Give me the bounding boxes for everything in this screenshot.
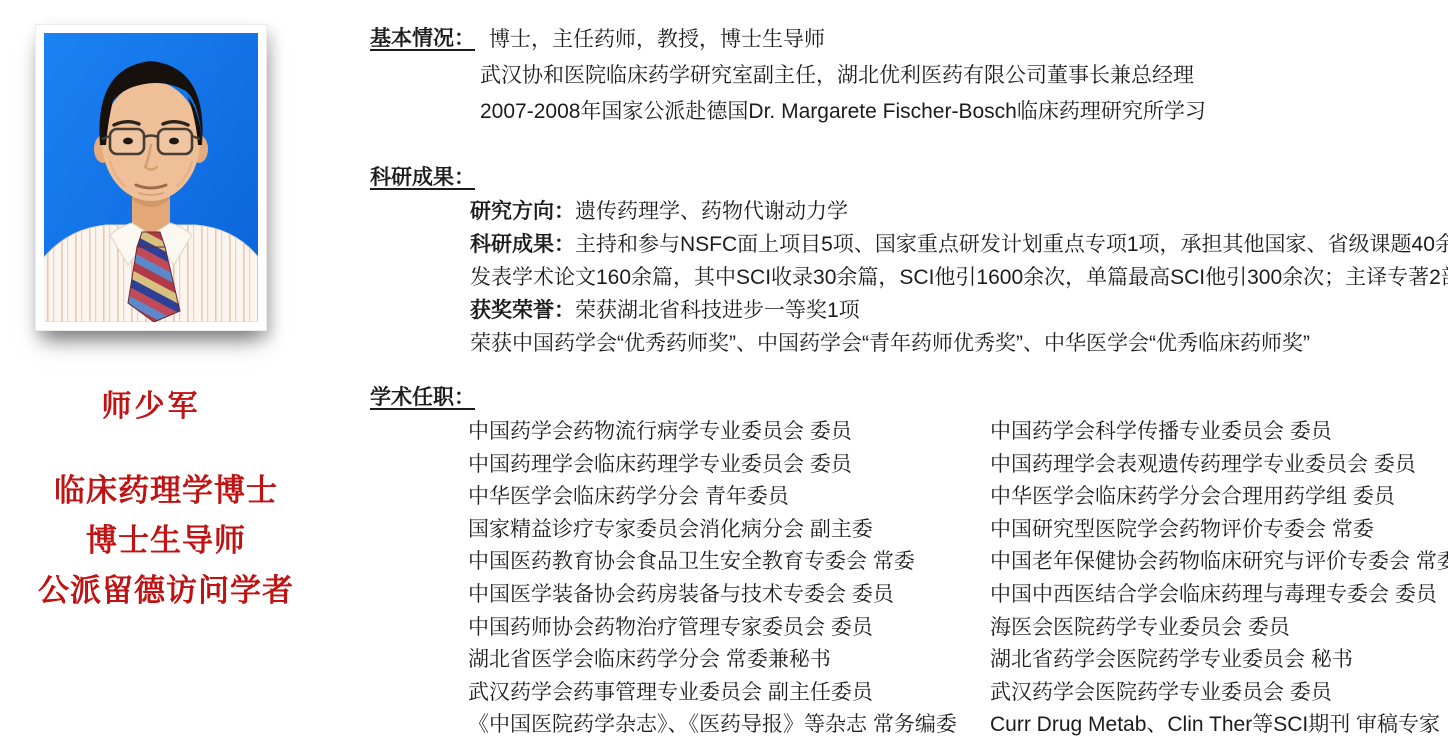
- section-research: 科研成果： 研究方向：遗传药理学、药物代谢动力学 科研成果：主持和参与NSFC面…: [370, 161, 1442, 360]
- positions-row: 中华医学会临床药学分会 青年委员中华医学会临床药学分会合理用药学组 委员: [468, 481, 1442, 514]
- position-left: 湖北省医学会临床药学分会 常委兼秘书: [468, 644, 990, 677]
- position-right: Curr Drug Metab、Clin Ther等SCI期刊 审稿专家: [990, 709, 1442, 736]
- positions-row: 武汉药学会药事管理专业委员会 副主任委员武汉药学会医院药学专业委员会 委员: [468, 677, 1442, 710]
- positions-row: 《中国医院药学杂志》、《医药导报》等杂志 常务编委Curr Drug Metab…: [468, 709, 1442, 736]
- positions-list: 中国药学会药物流行病学专业委员会 委员中国药学会科学传播专业委员会 委员 中国药…: [370, 416, 1442, 736]
- basic-info-line: 基本情况： 博士，主任药师，教授，博士生导师: [370, 22, 1442, 58]
- position-left: 中国医药教育协会食品卫生安全教育专委会 常委: [468, 546, 990, 579]
- position-right: 中国研究型医院学会药物评价专委会 常委: [990, 514, 1442, 547]
- position-right: 武汉药学会医院药学专业委员会 委员: [990, 677, 1442, 710]
- position-right: 中国老年保健协会药物临床研究与评价专委会 常委: [990, 546, 1448, 579]
- positions-row: 中国药学会药物流行病学专业委员会 委员中国药学会科学传播专业委员会 委员: [468, 416, 1442, 449]
- positions-row: 中国医学装备协会药房装备与技术专委会 委员中国中西医结合学会临床药理与毒理专委会…: [468, 579, 1442, 612]
- position-left: 中国药学会药物流行病学专业委员会 委员: [468, 416, 990, 449]
- person-title-supervisor: 博士生导师: [0, 516, 332, 566]
- position-left: 中华医学会临床药学分会 青年委员: [468, 481, 990, 514]
- position-left: 国家精益诊疗专家委员会消化病分会 副主委: [468, 514, 990, 547]
- section-positions: 学术任职： 中国药学会药物流行病学专业委员会 委员中国药学会科学传播专业委员会 …: [370, 381, 1442, 736]
- position-right: 湖北省药学会医院药学专业委员会 秘书: [990, 644, 1442, 677]
- research-header: 科研成果：: [370, 161, 1442, 195]
- research-label: 研究方向：: [470, 200, 575, 223]
- slide-root: 师少军 临床药理学博士 博士生导师 公派留德访问学者 基本情况： 博士，主任药师…: [0, 0, 1448, 736]
- positions-row: 中国医药教育协会食品卫生安全教育专委会 常委中国老年保健协会药物临床研究与评价专…: [468, 546, 1442, 579]
- research-text: 荣获中国药学会“优秀药师奖”、中国药学会“青年药师优秀奖”、中华医学会“优秀临床…: [470, 332, 1310, 355]
- research-label: 科研成果：: [470, 233, 575, 256]
- person-title-scholar: 公派留德访问学者: [0, 566, 332, 616]
- person-name: 师少军: [0, 381, 302, 425]
- profile-photo-frame: [35, 24, 267, 331]
- research-text: 遗传药理学、药物代谢动力学: [575, 200, 848, 223]
- position-left: 《中国医院药学杂志》、《医药导报》等杂志 常务编委: [468, 709, 990, 736]
- position-left: 中国医学装备协会药房装备与技术专委会 委员: [468, 579, 990, 612]
- research-text: 主持和参与NSFC面上项目5项、国家重点研发计划重点专项1项，承担其他国家、省级…: [575, 233, 1448, 256]
- section-basic-info: 基本情况： 博士，主任药师，教授，博士生导师 武汉协和医院临床药学研究室副主任，…: [370, 22, 1442, 130]
- profile-photo: [44, 33, 258, 322]
- research-text: 荣获湖北省科技进步一等奖1项: [575, 299, 860, 322]
- positions-header: 学术任职：: [370, 381, 1442, 415]
- positions-row: 湖北省医学会临床药学分会 常委兼秘书湖北省药学会医院药学专业委员会 秘书: [468, 644, 1442, 677]
- basic-info-line: 2007-2008年国家公派赴德国Dr. Margarete Fischer-B…: [370, 94, 1442, 130]
- position-right: 中国药理学会表观遗传药理学专业委员会 委员: [990, 449, 1442, 482]
- research-label: 获奖荣誉：: [470, 299, 575, 322]
- research-line: 获奖荣誉：荣获湖北省科技进步一等奖1项: [370, 294, 1442, 327]
- position-left: 中国药理学会临床药理学专业委员会 委员: [468, 449, 990, 482]
- position-right: 中华医学会临床药学分会合理用药学组 委员: [990, 481, 1442, 514]
- position-right: 中国药学会科学传播专业委员会 委员: [990, 416, 1442, 449]
- research-text: 发表学术论文160余篇，其中SCI收录30余篇，SCI他引1600余次，单篇最高…: [470, 266, 1448, 289]
- position-left: 武汉药学会药事管理专业委员会 副主任委员: [468, 677, 990, 710]
- person-titles: 临床药理学博士 博士生导师 公派留德访问学者: [0, 466, 332, 616]
- position-left: 中国药师协会药物治疗管理专家委员会 委员: [468, 612, 990, 645]
- position-right: 海医会医院药学专业委员会 委员: [990, 612, 1442, 645]
- research-line: 荣获中国药学会“优秀药师奖”、中国药学会“青年药师优秀奖”、中华医学会“优秀临床…: [370, 327, 1442, 360]
- positions-row: 中国药理学会临床药理学专业委员会 委员中国药理学会表观遗传药理学专业委员会 委员: [468, 449, 1442, 482]
- basic-info-text: 博士，主任药师，教授，博士生导师: [489, 22, 825, 58]
- research-line: 发表学术论文160余篇，其中SCI收录30余篇，SCI他引1600余次，单篇最高…: [370, 261, 1442, 294]
- profile-details: 基本情况： 博士，主任药师，教授，博士生导师 武汉协和医院临床药学研究室副主任，…: [370, 22, 1442, 736]
- positions-row: 国家精益诊疗专家委员会消化病分会 副主委中国研究型医院学会药物评价专委会 常委: [468, 514, 1442, 547]
- basic-info-line: 武汉协和医院临床药学研究室副主任，湖北优利医药有限公司董事长兼总经理: [370, 58, 1442, 94]
- positions-row: 中国药师协会药物治疗管理专家委员会 委员海医会医院药学专业委员会 委员: [468, 612, 1442, 645]
- research-line: 科研成果：主持和参与NSFC面上项目5项、国家重点研发计划重点专项1项，承担其他…: [370, 228, 1442, 261]
- research-line: 研究方向：遗传药理学、药物代谢动力学: [370, 195, 1442, 228]
- person-title-degree: 临床药理学博士: [0, 466, 332, 516]
- basic-info-header: 基本情况：: [370, 22, 475, 58]
- position-right: 中国中西医结合学会临床药理与毒理专委会 委员: [990, 579, 1442, 612]
